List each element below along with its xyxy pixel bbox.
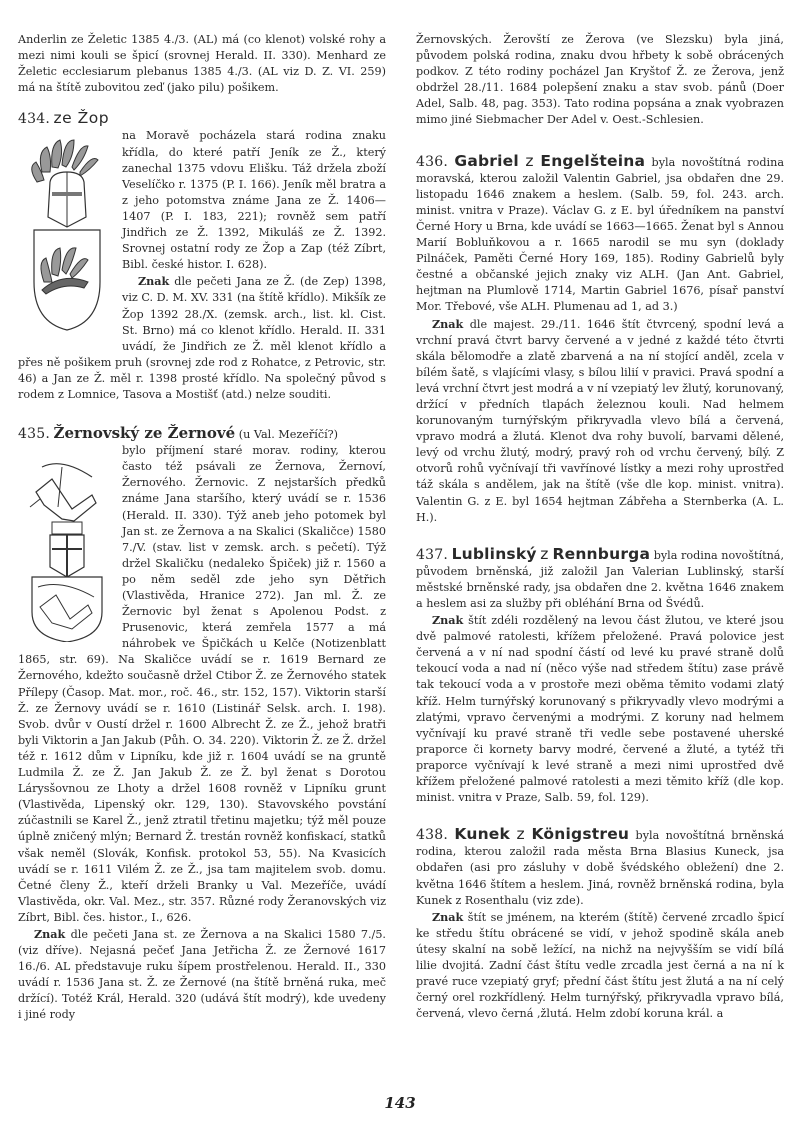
entry-435-arms: Znak dle pečeti Jana st. ze Žernova a na… (18, 926, 386, 1024)
entry-number: 438. (416, 827, 448, 843)
arms-label: Znak (432, 910, 463, 924)
entry-438-arms: Znak štít se jménem, na kterém (štítě) č… (416, 909, 784, 1023)
entry-subtitle: (u Val. Mezeříčí?) (239, 428, 338, 441)
entry-number: 437. (416, 547, 448, 563)
entry-437: 437. Lublinský z Rennburga byla rodina n… (416, 546, 784, 807)
entry-title: Kunek (454, 825, 510, 843)
entry-436-arms: Znak dle majest. 29./11. 1646 štít čtvrc… (416, 316, 784, 526)
entry-title: Lublinský (452, 545, 537, 563)
page-number: 143 (0, 1094, 800, 1112)
arms-label: Znak (138, 274, 169, 288)
continuation-paragraph: Žernovských. Žerovští ze Žerova (ve Slez… (416, 32, 784, 129)
entry-number: 436. (416, 154, 448, 170)
right-column: Žernovských. Žerovští ze Žerova (ve Slez… (416, 32, 784, 1022)
entry-437-arms: Znak štít zdéli rozdělený na levou část … (416, 612, 784, 806)
left-column: Anderlin ze Želetic 1385 4./3. (AL) má (… (18, 32, 386, 1024)
intro-paragraph: Anderlin ze Želetic 1385 4./3. (AL) má (… (18, 32, 386, 96)
entry-title: Gabriel (454, 152, 518, 170)
entry-435: 435. Žernovský ze Žernové (u Val. Mezeří… (18, 425, 386, 1023)
entry-number: 434. (18, 111, 50, 127)
armed-arm-coat-of-arms-icon (22, 447, 112, 647)
entry-436: 436. Gabriel z Engelšteina byla novoštít… (416, 153, 784, 526)
entry-number: 435. (18, 426, 50, 442)
entry-title: ze Žop (54, 109, 110, 127)
entry-434: 434. ze Žop (18, 110, 386, 403)
arms-label: Znak (432, 613, 463, 627)
wing-crest-coat-of-arms-icon (22, 132, 112, 342)
arms-label: Znak (34, 927, 65, 941)
entry-438: 438. Kunek z Königstreu byla novoštítná … (416, 826, 784, 1022)
entry-title: Žernovský ze Žernové (54, 424, 236, 442)
arms-label: Znak (432, 317, 463, 331)
book-page: Anderlin ze Želetic 1385 4./3. (AL) má (… (0, 0, 800, 1132)
entry-436-history: byla novoštítná rodina moravská, kterou … (416, 156, 784, 314)
